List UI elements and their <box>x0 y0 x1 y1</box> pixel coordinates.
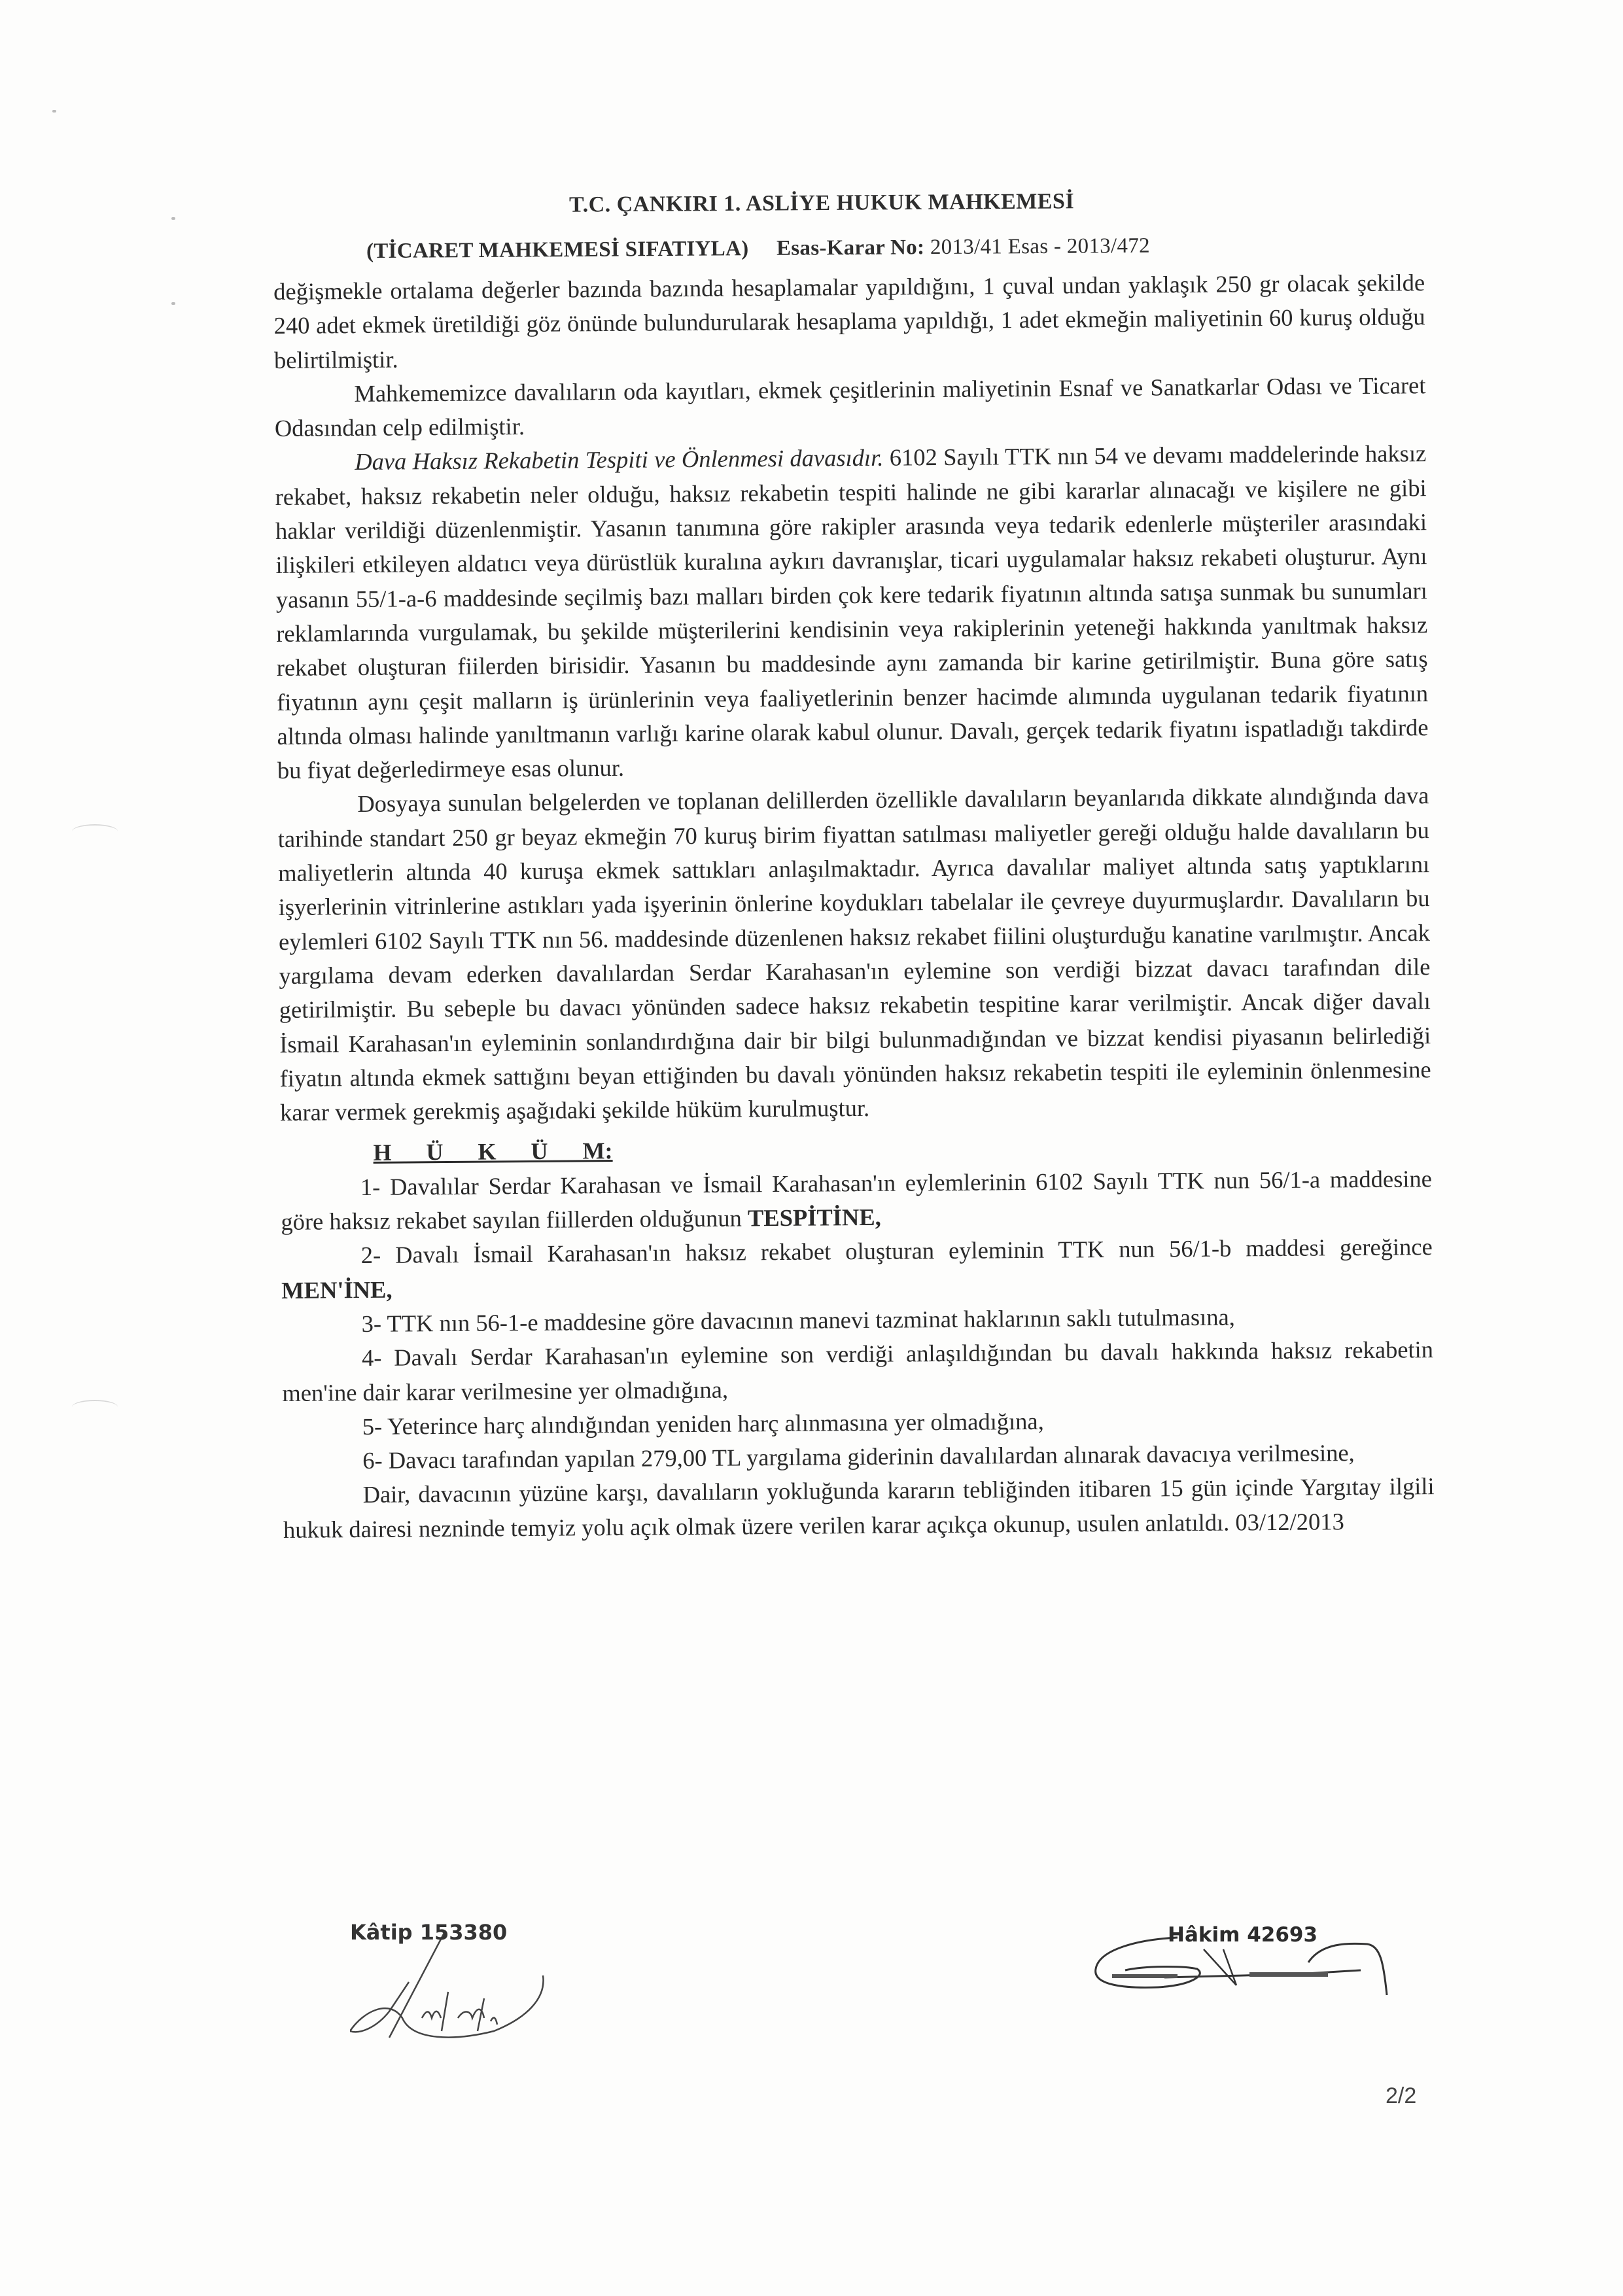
law-text: 6102 Sayılı TTK nın 54 ve devamı maddele… <box>275 440 1429 784</box>
verdict-item: 4- Davalı Serdar Karahasan'ın eylemine s… <box>282 1332 1434 1410</box>
verdict-item: 2- Davalı İsmail Karahasan'ın haksız rek… <box>281 1230 1433 1307</box>
scan-speck <box>171 217 175 220</box>
judge-signature: Hâkim 42693 <box>1086 1910 1452 2021</box>
clerk-label: Kâtip 153380 <box>350 1920 507 1945</box>
verdict-item: 1- Davalılar Serdar Karahasan ve İsmail … <box>281 1162 1433 1239</box>
verdict-item-decision: MEN'İNE, <box>281 1276 393 1303</box>
case-type-italic: Dava Haksız Rekabetin Tespiti ve Önlenme… <box>355 444 883 475</box>
scanned-document-page: T.C. ÇANKIRI 1. ASLİYE HUKUK MAHKEMESİ (… <box>0 0 1623 2296</box>
header-line: (TİCARET MAHKEMESİ SIFATIYLA) Esas-Karar… <box>366 234 1150 264</box>
page-number: 2/2 <box>1386 2083 1416 2109</box>
verdict-item-text: 3- TTK nın 56-1-e maddesine göre davacın… <box>361 1303 1235 1336</box>
paragraph-evaluation: Dosyaya sunulan belgelerden ve toplanan … <box>277 779 1431 1130</box>
closing-paragraph: Dair, davacının yüzüne karşı, davalıları… <box>283 1470 1435 1547</box>
scan-speck <box>52 110 56 113</box>
judge-label: Hâkim 42693 <box>1168 1923 1318 1947</box>
case-number-label: Esas-Karar No: <box>777 235 925 260</box>
verdict-item-text: 2- Davalı İsmail Karahasan'ın haksız rek… <box>361 1233 1433 1268</box>
case-number: Esas-Karar No: 2013/41 Esas - 2013/472 <box>777 234 1150 260</box>
paragraph-records: Mahkememizce davalıların oda kayıtları, … <box>274 368 1426 445</box>
verdict-item-text: 4- Davalı Serdar Karahasan'ın eylemine s… <box>282 1336 1433 1406</box>
verdict-item-text: 5- Yeterince harç alındığından yeniden h… <box>362 1408 1044 1440</box>
verdict-item-decision: TESPİTİNE, <box>748 1204 881 1232</box>
document-body: değişmekle ortalama değerler bazında baz… <box>273 266 1435 1547</box>
punch-hole-mark <box>72 824 118 839</box>
court-title: T.C. ÇANKIRI 1. ASLİYE HUKUK MAHKEMESİ <box>569 189 1074 217</box>
paragraph-calculation: değişmekle ortalama değerler bazında baz… <box>273 266 1425 377</box>
case-number-value: 2013/41 Esas - 2013/472 <box>930 234 1150 259</box>
court-capacity: (TİCARET MAHKEMESİ SIFATIYLA) <box>366 237 749 263</box>
verdict-list: 1- Davalılar Serdar Karahasan ve İsmail … <box>281 1162 1435 1478</box>
scan-speck <box>171 302 175 305</box>
verdict-item-text: 6- Davacı tarafından yapılan 279,00 TL y… <box>362 1439 1355 1474</box>
paragraph-law: Dava Haksız Rekabetin Tespiti ve Önlenme… <box>275 437 1429 788</box>
punch-hole-mark <box>72 1400 118 1414</box>
clerk-signature: Kâtip 153380 <box>350 1920 572 2051</box>
